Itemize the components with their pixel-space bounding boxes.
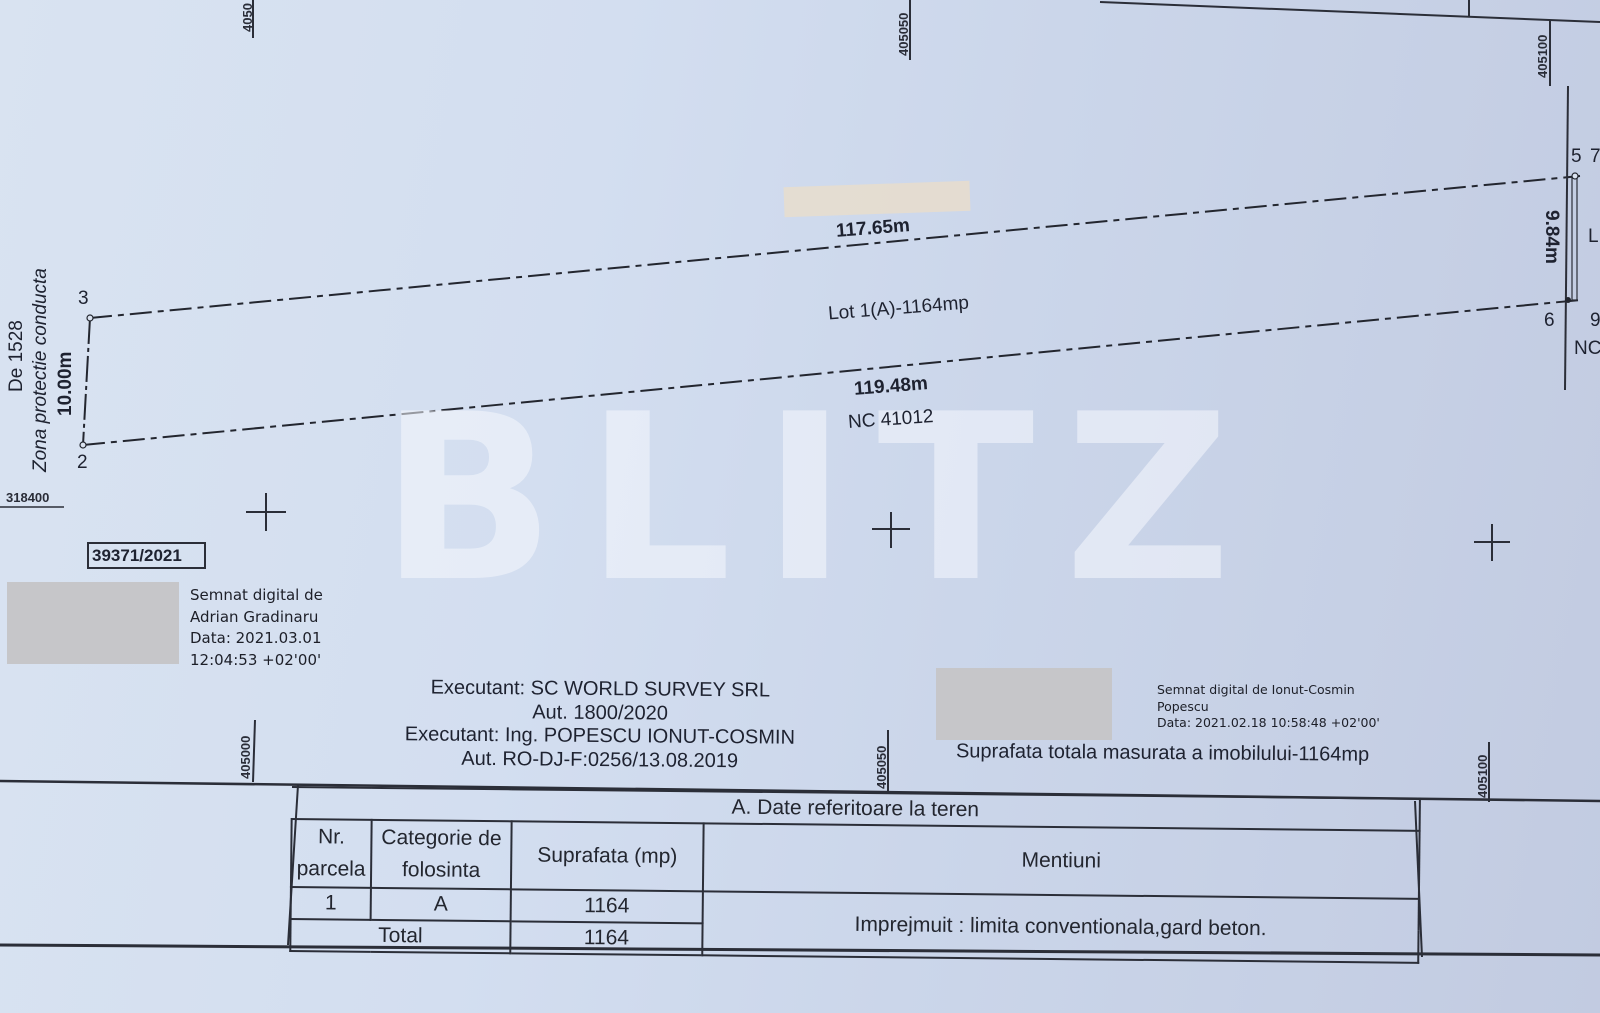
terrain-data-table: A. Date referitoare la teren Nr. parcela… (289, 786, 1421, 964)
signature-right-line: Data: 2021.02.18 10:58:48 +02'00' (1157, 715, 1380, 732)
left-neighbor-label: De 1528 (6, 320, 28, 392)
registration-number-box: 39371/2021 (87, 542, 206, 569)
grid-label-bottom-left: 405000 (238, 736, 253, 779)
signature-right-line: Popescu (1157, 699, 1380, 716)
grid-label-top-mid: 405050 (896, 13, 911, 56)
redacted-signature-left (7, 582, 179, 664)
cell-mentiuni: Imprejmuit : limita conventionala,gard b… (702, 891, 1419, 962)
header-categorie: Categorie de folosinta (371, 820, 512, 889)
edge-label-9: 9 (1590, 310, 1600, 332)
point-label-6: 6 (1544, 310, 1555, 332)
grid-label-top-left: 4050 (240, 3, 255, 32)
signature-right-block: Semnat digital de Ionut-Cosmin Popescu D… (1157, 682, 1380, 732)
grid-label-bottom-right: 405100 (1475, 755, 1490, 798)
executant-block: Executant: SC WORLD SURVEY SRL Aut. 1800… (380, 676, 821, 774)
grid-label-y-left: 318400 (6, 490, 49, 505)
signature-left-block: Semnat digital de Adrian Gradinaru Data:… (190, 585, 323, 671)
redacted-signature-right (936, 668, 1112, 740)
point-label-2: 2 (77, 452, 88, 474)
edge-label-l: L (1588, 226, 1599, 248)
header-nr-parcela: Nr. parcela (291, 819, 372, 888)
header-mentiuni: Mentiuni (703, 823, 1420, 898)
cell-nr: 1 (291, 887, 371, 920)
total-value: 1164 (510, 921, 702, 955)
executant-engineer-authorization: Aut. RO-DJ-F:0256/13.08.2019 (380, 747, 820, 774)
header-text: Categorie de (372, 822, 510, 855)
executant-engineer: Executant: Ing. POPESCU IONUT-COSMIN (380, 723, 820, 750)
watermark: BLITZ (380, 400, 1200, 600)
total-area-text: Suprafata totala masurata a imobilului-1… (956, 740, 1369, 767)
header-text: Nr. (292, 821, 370, 854)
header-text: parcela (292, 853, 370, 886)
executant-company: Executant: SC WORLD SURVEY SRL (380, 676, 820, 703)
grid-label-top-right: 405100 (1535, 35, 1550, 78)
point-label-5: 5 (1571, 146, 1582, 168)
signature-left-line: 12:04:53 +02'00' (190, 650, 323, 672)
header-suprafata: Suprafata (mp) (511, 821, 704, 891)
parcel-left-side-length: 10.00m (55, 352, 77, 416)
cell-suprafata: 1164 (511, 889, 703, 923)
edge-label-nc: NC (1574, 338, 1600, 360)
parcel-right-side-length: 9.84m (1540, 210, 1562, 264)
header-text: folosinta (372, 854, 510, 887)
cell-categorie: A (371, 888, 511, 921)
total-label: Total (290, 919, 510, 953)
protection-zone-label: Zona protectie conducta (30, 268, 52, 472)
signature-left-line: Semnat digital de (190, 585, 323, 607)
grid-label-bottom-mid: 405050 (874, 746, 889, 789)
signature-right-line: Semnat digital de Ionut-Cosmin (1157, 682, 1380, 699)
signature-left-line: Data: 2021.03.01 (190, 628, 323, 650)
signature-left-line: Adrian Gradinaru (190, 607, 323, 629)
edge-label-7: 7 (1590, 146, 1600, 168)
point-label-3: 3 (78, 288, 89, 310)
